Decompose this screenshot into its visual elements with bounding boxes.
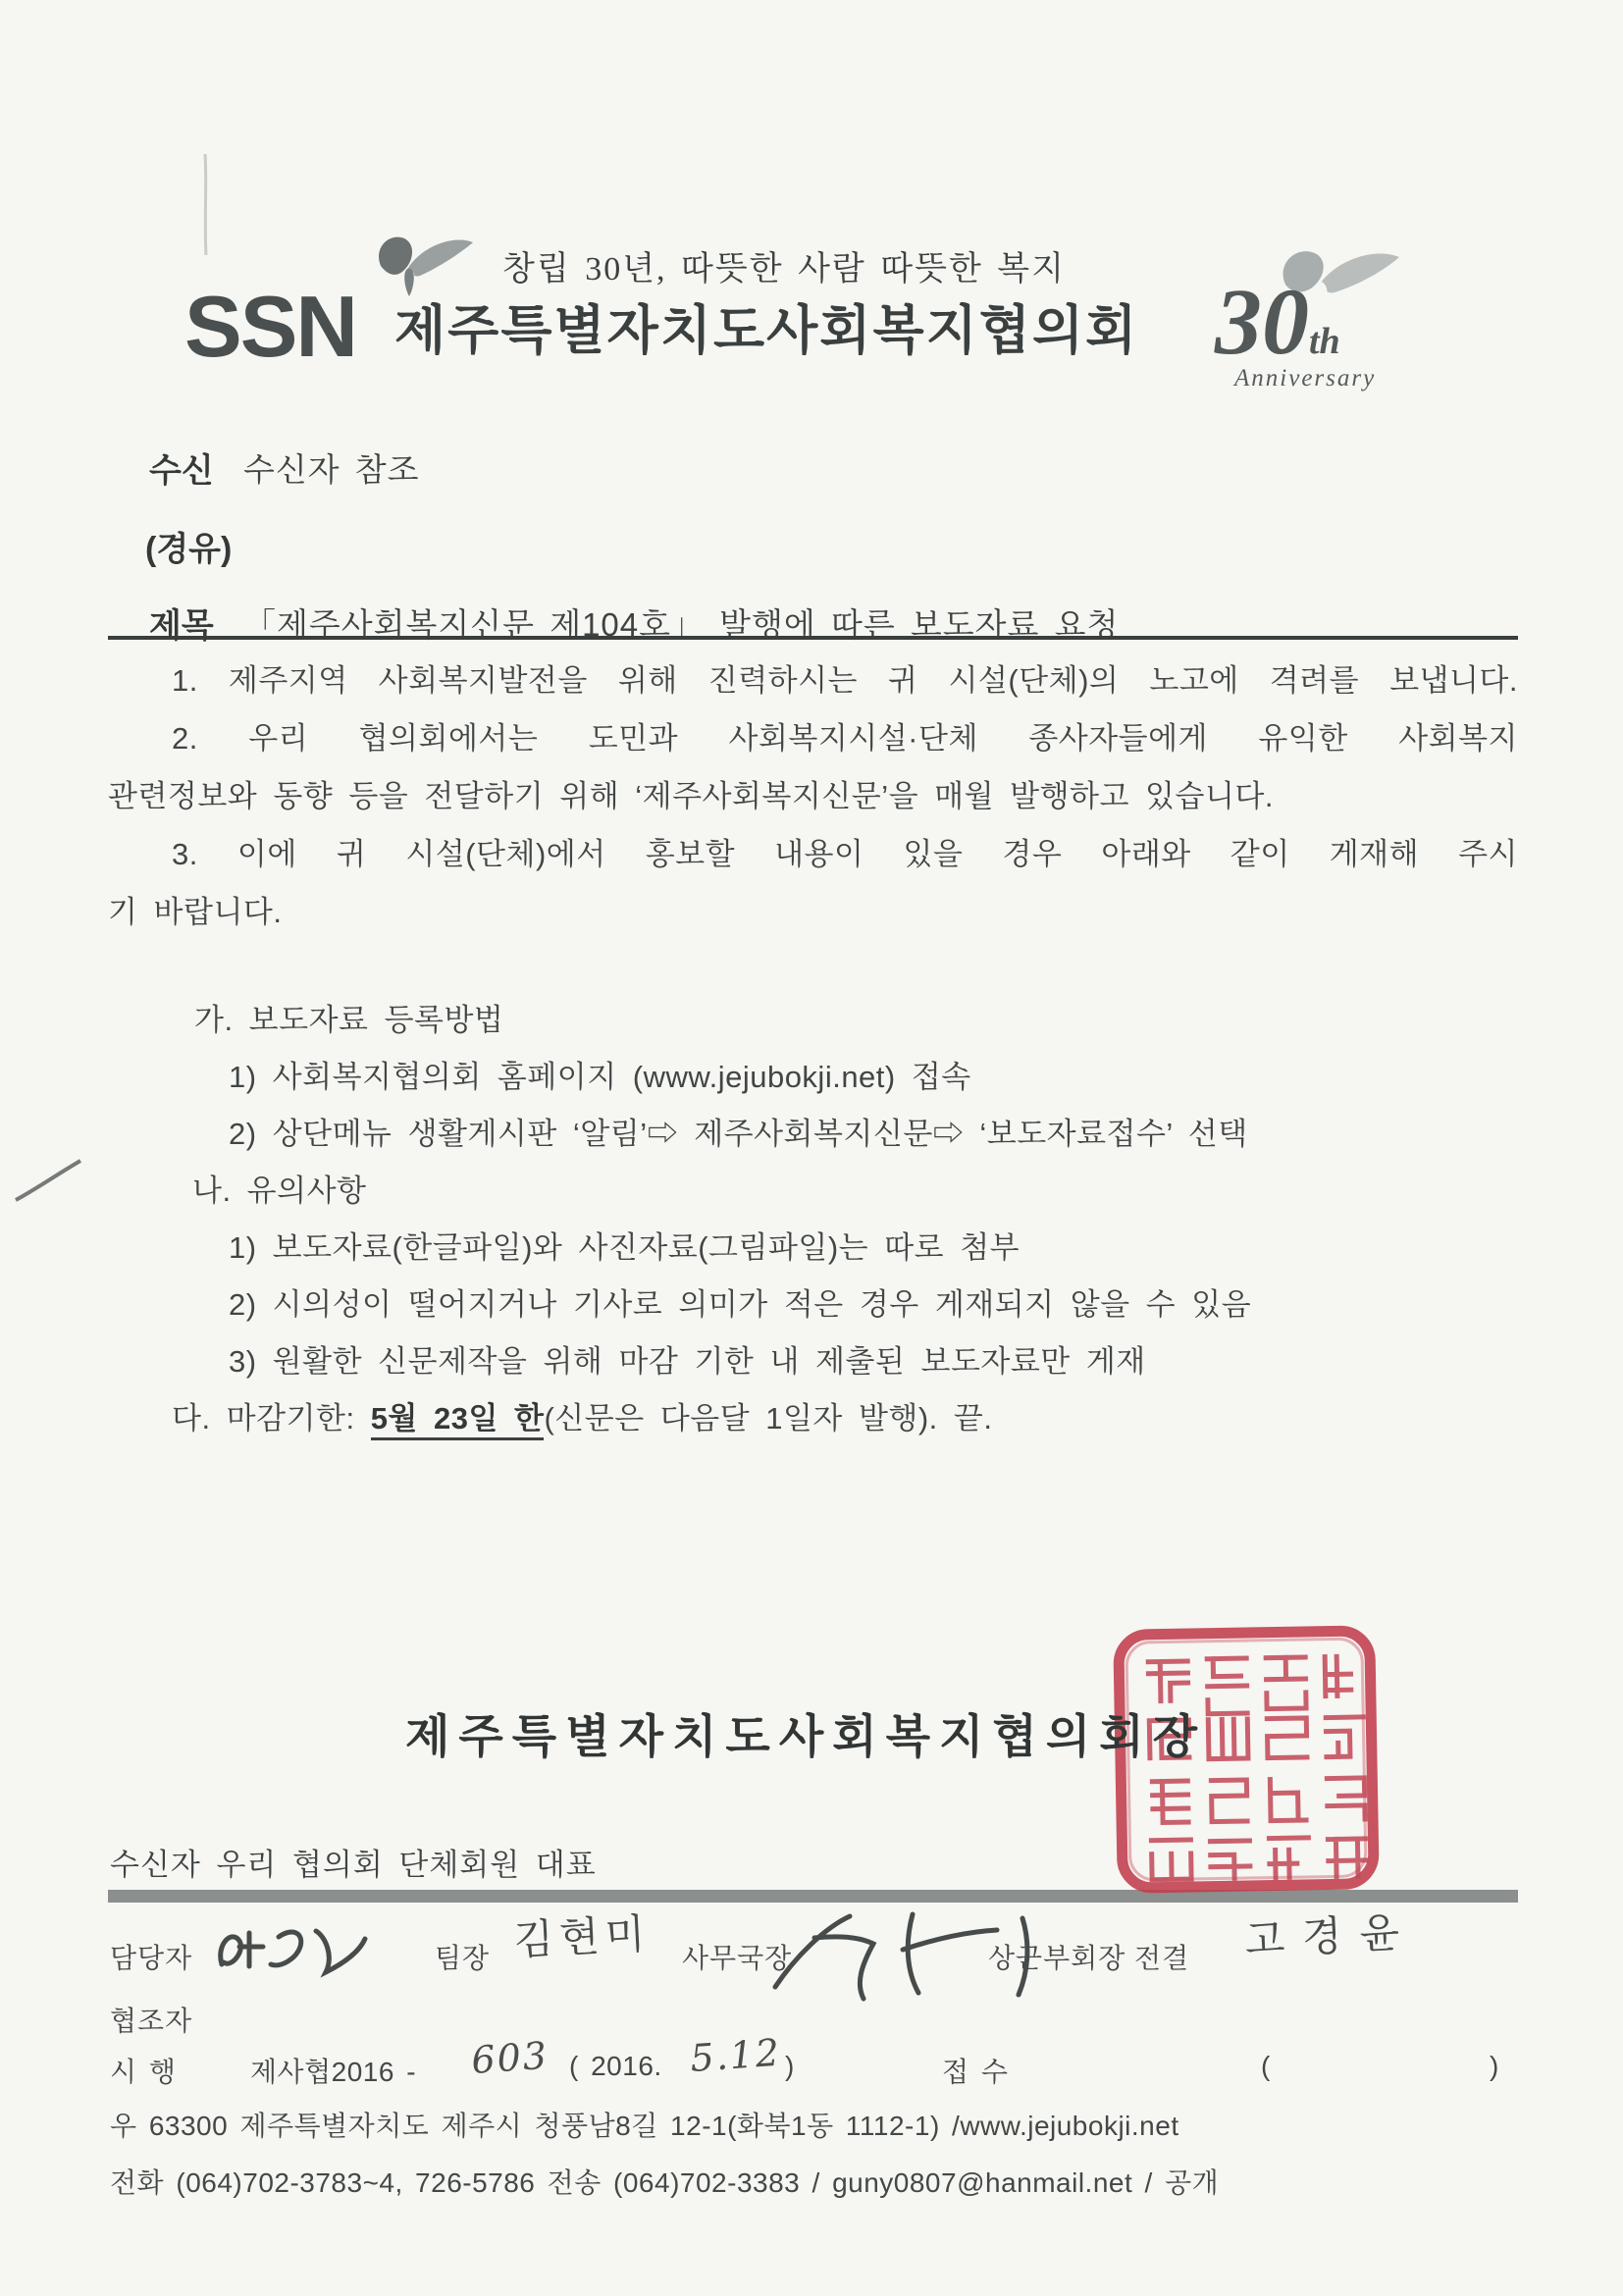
pen-mark-artifact <box>10 1153 88 1212</box>
body-paragraph-2-cont: 관련정보와 동향 등을 전달하기 위해 ‘제주사회복지신문’을 매월 발행하고 … <box>108 777 1274 816</box>
list-item-ga-1: 1) 사회복지협의회 홈페이지 (www.jejubokji.net) 접속 <box>229 1058 971 1097</box>
dispatch-date-close: ) <box>785 2051 795 2082</box>
body-paragraph-3-cont: 기 바랍니다. <box>108 893 282 932</box>
list-item-na-3: 3) 원활한 신문제작을 위해 마감 기한 내 제출된 보도자료만 게재 <box>229 1342 1146 1382</box>
team-signature: 김현미 <box>512 1902 653 1967</box>
ssn-logo-text: SSN <box>184 277 356 377</box>
recipients-line: 수신자 우리 협의회 단체회원 대표 <box>110 1840 597 1884</box>
deadline-prefix: 다. 마감기한: <box>172 1401 371 1435</box>
deadline-emphasis: 5월 23일 한 <box>371 1401 545 1440</box>
via-label: (경유) <box>145 522 232 570</box>
signoff-title: 제주특별자치도사회복지협의회장 <box>405 1700 1206 1766</box>
scan-scratch-artifact <box>191 152 221 260</box>
team-label: 팀장 <box>435 1937 490 1976</box>
anniversary-suffix: th <box>1309 321 1340 362</box>
dispatch-label: 시 행 <box>110 2051 176 2090</box>
list-item-na-1: 1) 보도자료(한글파일)와 사진자료(그림파일)는 따로 첨부 <box>229 1228 1020 1268</box>
dispatch-doc-no: 제사협2016 - <box>250 2051 416 2090</box>
body-paragraph-1: 1. 제주지역 사회복지발전을 위해 진력하시는 귀 시설(단체)의 노고에 격… <box>172 661 1518 701</box>
recipient-label: 수신 <box>149 444 214 492</box>
executive-signature: 고경윤 <box>1243 1900 1419 1967</box>
deadline-line: 다. 마감기한: 5월 23일 한(신문은 다음달 1일자 발행). 끝. <box>172 1399 992 1438</box>
subject-divider-rule <box>108 636 1518 640</box>
dispatch-doc-no-handwritten: 603 <box>470 2034 550 2082</box>
list-item-ga: 가. 보도자료 등록방법 <box>194 1001 503 1040</box>
deadline-suffix: (신문은 다음달 1일자 발행). 끝. <box>544 1401 992 1435</box>
list-item-ga-2: 2) 상단메뉴 생활게시판 ‘알림’⇨ 제주사회복지신문⇨ ‘보도자료접수’ 선… <box>229 1115 1248 1154</box>
anniversary-number: 30 <box>1215 269 1309 374</box>
staff-signature-scribble <box>206 1911 373 1990</box>
address-line: 우 63300 제주특별자치도 제주시 청풍남8길 12-1(화북1동 1112… <box>110 2105 1179 2144</box>
header-tagline: 창립 30년, 따뜻한 사람 따뜻한 복지 <box>502 241 1066 289</box>
receipt-paren-close: ) <box>1490 2051 1499 2082</box>
dispatch-date-open: ( 2016. <box>569 2051 662 2082</box>
body-paragraph-2: 2. 우리 협의회에서는 도민과 사회복지시설·단체 종사자들에게 유익한 사회… <box>172 719 1518 758</box>
body-paragraph-3: 3. 이에 귀 시설(단체)에서 홍보할 내용이 있을 경우 아래와 같이 게재… <box>172 835 1518 874</box>
recipient-value: 수신자 참조 <box>243 444 420 491</box>
receipt-paren-open: ( <box>1261 2051 1271 2082</box>
contact-line: 전화 (064)702-3783~4, 726-5786 전송 (064)702… <box>110 2162 1219 2201</box>
executive-label: 상근부회장 전결 <box>988 1937 1189 1976</box>
dispatch-date-handwritten: 5.12 <box>689 2031 782 2080</box>
list-item-na: 나. 유의사항 <box>192 1172 366 1211</box>
anniversary-mark: 30th <box>1215 275 1340 369</box>
cooperator-label: 협조자 <box>110 2000 192 2039</box>
list-item-na-2: 2) 시의성이 떨어지거나 기사로 의미가 적은 경우 게재되지 않을 수 있음 <box>229 1285 1251 1325</box>
staff-label: 담당자 <box>110 1937 192 1976</box>
scanned-letter-page: SSN 창립 30년, 따뜻한 사람 따뜻한 복지 제주특별자치도사회복지협의회… <box>0 0 1623 2296</box>
anniversary-label: Anniversary <box>1234 365 1376 392</box>
receipt-label: 접 수 <box>942 2051 1008 2090</box>
org-name-title: 제주특별자치도사회복지협의회 <box>394 288 1138 364</box>
